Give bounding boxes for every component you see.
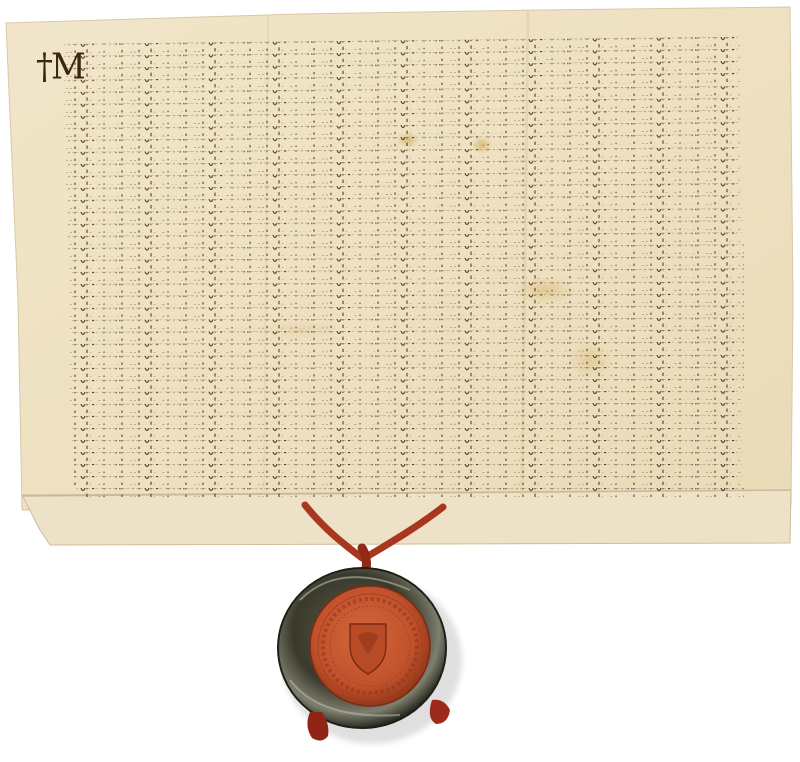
charter-photograph: †М (0, 0, 800, 762)
wax-seal-disk (310, 586, 430, 706)
manuscript-text-block (0, 0, 800, 560)
cord-tuft-left (307, 712, 328, 741)
seal-casing (278, 568, 446, 728)
invocation-initial: †М (36, 49, 84, 85)
text-lines (64, 37, 744, 497)
cord-tuft-right (430, 700, 450, 724)
heraldic-shield-icon (350, 624, 386, 674)
